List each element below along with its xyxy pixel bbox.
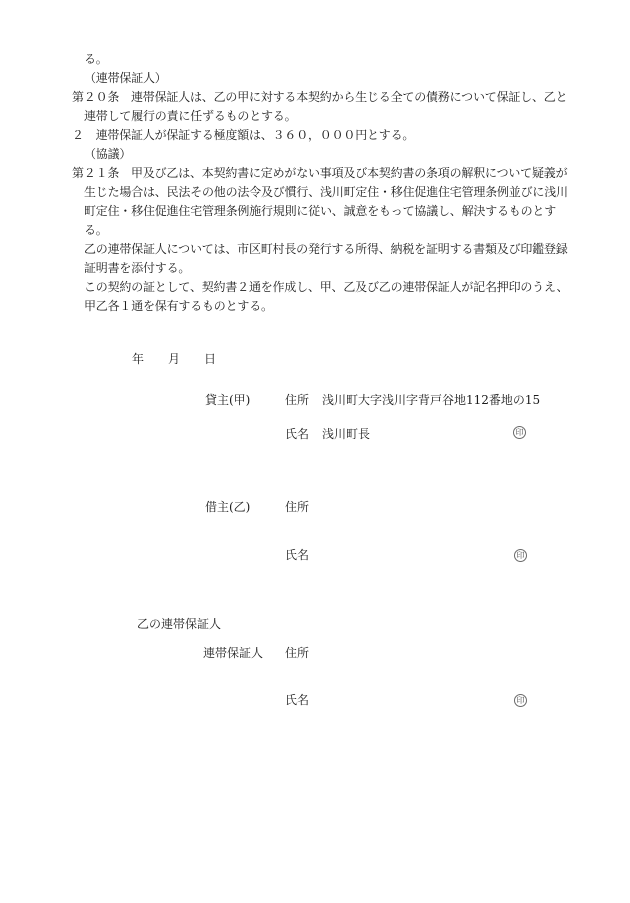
article-21-line: 町定住・移住促進住宅管理条例施行規則に従い、誠意をもって協議し、解決するものとす — [72, 202, 577, 221]
guarantor-address-label: 住所 — [285, 646, 309, 660]
seal-icon: 印 — [514, 549, 527, 562]
contract-document-page: る。 （連帯保証人） 第２０条 連帯保証人は、乙の甲に対する本契約から生じる全て… — [0, 0, 630, 903]
lender-name-label: 氏名 — [285, 427, 309, 441]
borrower-role-label: 借主(乙) — [205, 500, 250, 514]
lender-address-label: 住所 — [285, 393, 309, 407]
lender-address-value: 浅川町大字浅川字背戸谷地112番地の15 — [322, 393, 540, 407]
article-20-line: 連帯して履行の責に任ずるものとする。 — [72, 107, 577, 126]
seal-icon: 印 — [513, 426, 526, 439]
lender-role-label: 貸主(甲) — [205, 393, 250, 407]
attachment-clause-line: 乙の連帯保証人については、市区町村長の発行する所得、納税を証明する書類及び印鑑登… — [72, 240, 577, 259]
article-20-para-2: ２ 連帯保証人が保証する極度額は、３６０，０００円とする。 — [72, 126, 577, 145]
article-20-line: 第２０条 連帯保証人は、乙の甲に対する本契約から生じる全ての債務について保証し、… — [72, 88, 577, 107]
contract-body: る。 （連帯保証人） 第２０条 連帯保証人は、乙の甲に対する本契約から生じる全て… — [72, 50, 577, 316]
borrower-name-label: 氏名 — [285, 548, 309, 562]
date-line: 年 月 日 — [132, 352, 216, 366]
closing-clause-line: この契約の証として、契約書２通を作成し、甲、乙及び乙の連帯保証人が記名押印のうえ… — [72, 278, 577, 297]
lender-name-value: 浅川町長 — [322, 427, 370, 441]
attachment-clause-line: 証明書を添付する。 — [72, 259, 577, 278]
article-21-caption: （協議） — [72, 145, 577, 164]
article-21-line: 生じた場合は、民法その他の法令及び慣行、浅川町定住・移住促進住宅管理条例並びに浅… — [72, 183, 577, 202]
seal-icon: 印 — [514, 694, 527, 707]
guarantor-role-label: 連帯保証人 — [203, 646, 263, 660]
guarantor-name-label: 氏名 — [285, 693, 309, 707]
article-21-line: る。 — [72, 221, 577, 240]
closing-clause-line: 甲乙各１通を保有するものとする。 — [72, 297, 577, 316]
borrower-address-label: 住所 — [285, 500, 309, 514]
guarantor-heading: 乙の連帯保証人 — [137, 617, 221, 631]
article-20-caption: （連帯保証人） — [72, 69, 577, 88]
article-21-line: 第２１条 甲及び乙は、本契約書に定めがない事項及び本契約書の条項の解釈について疑… — [72, 164, 577, 183]
contract-body-line: る。 — [72, 50, 577, 69]
